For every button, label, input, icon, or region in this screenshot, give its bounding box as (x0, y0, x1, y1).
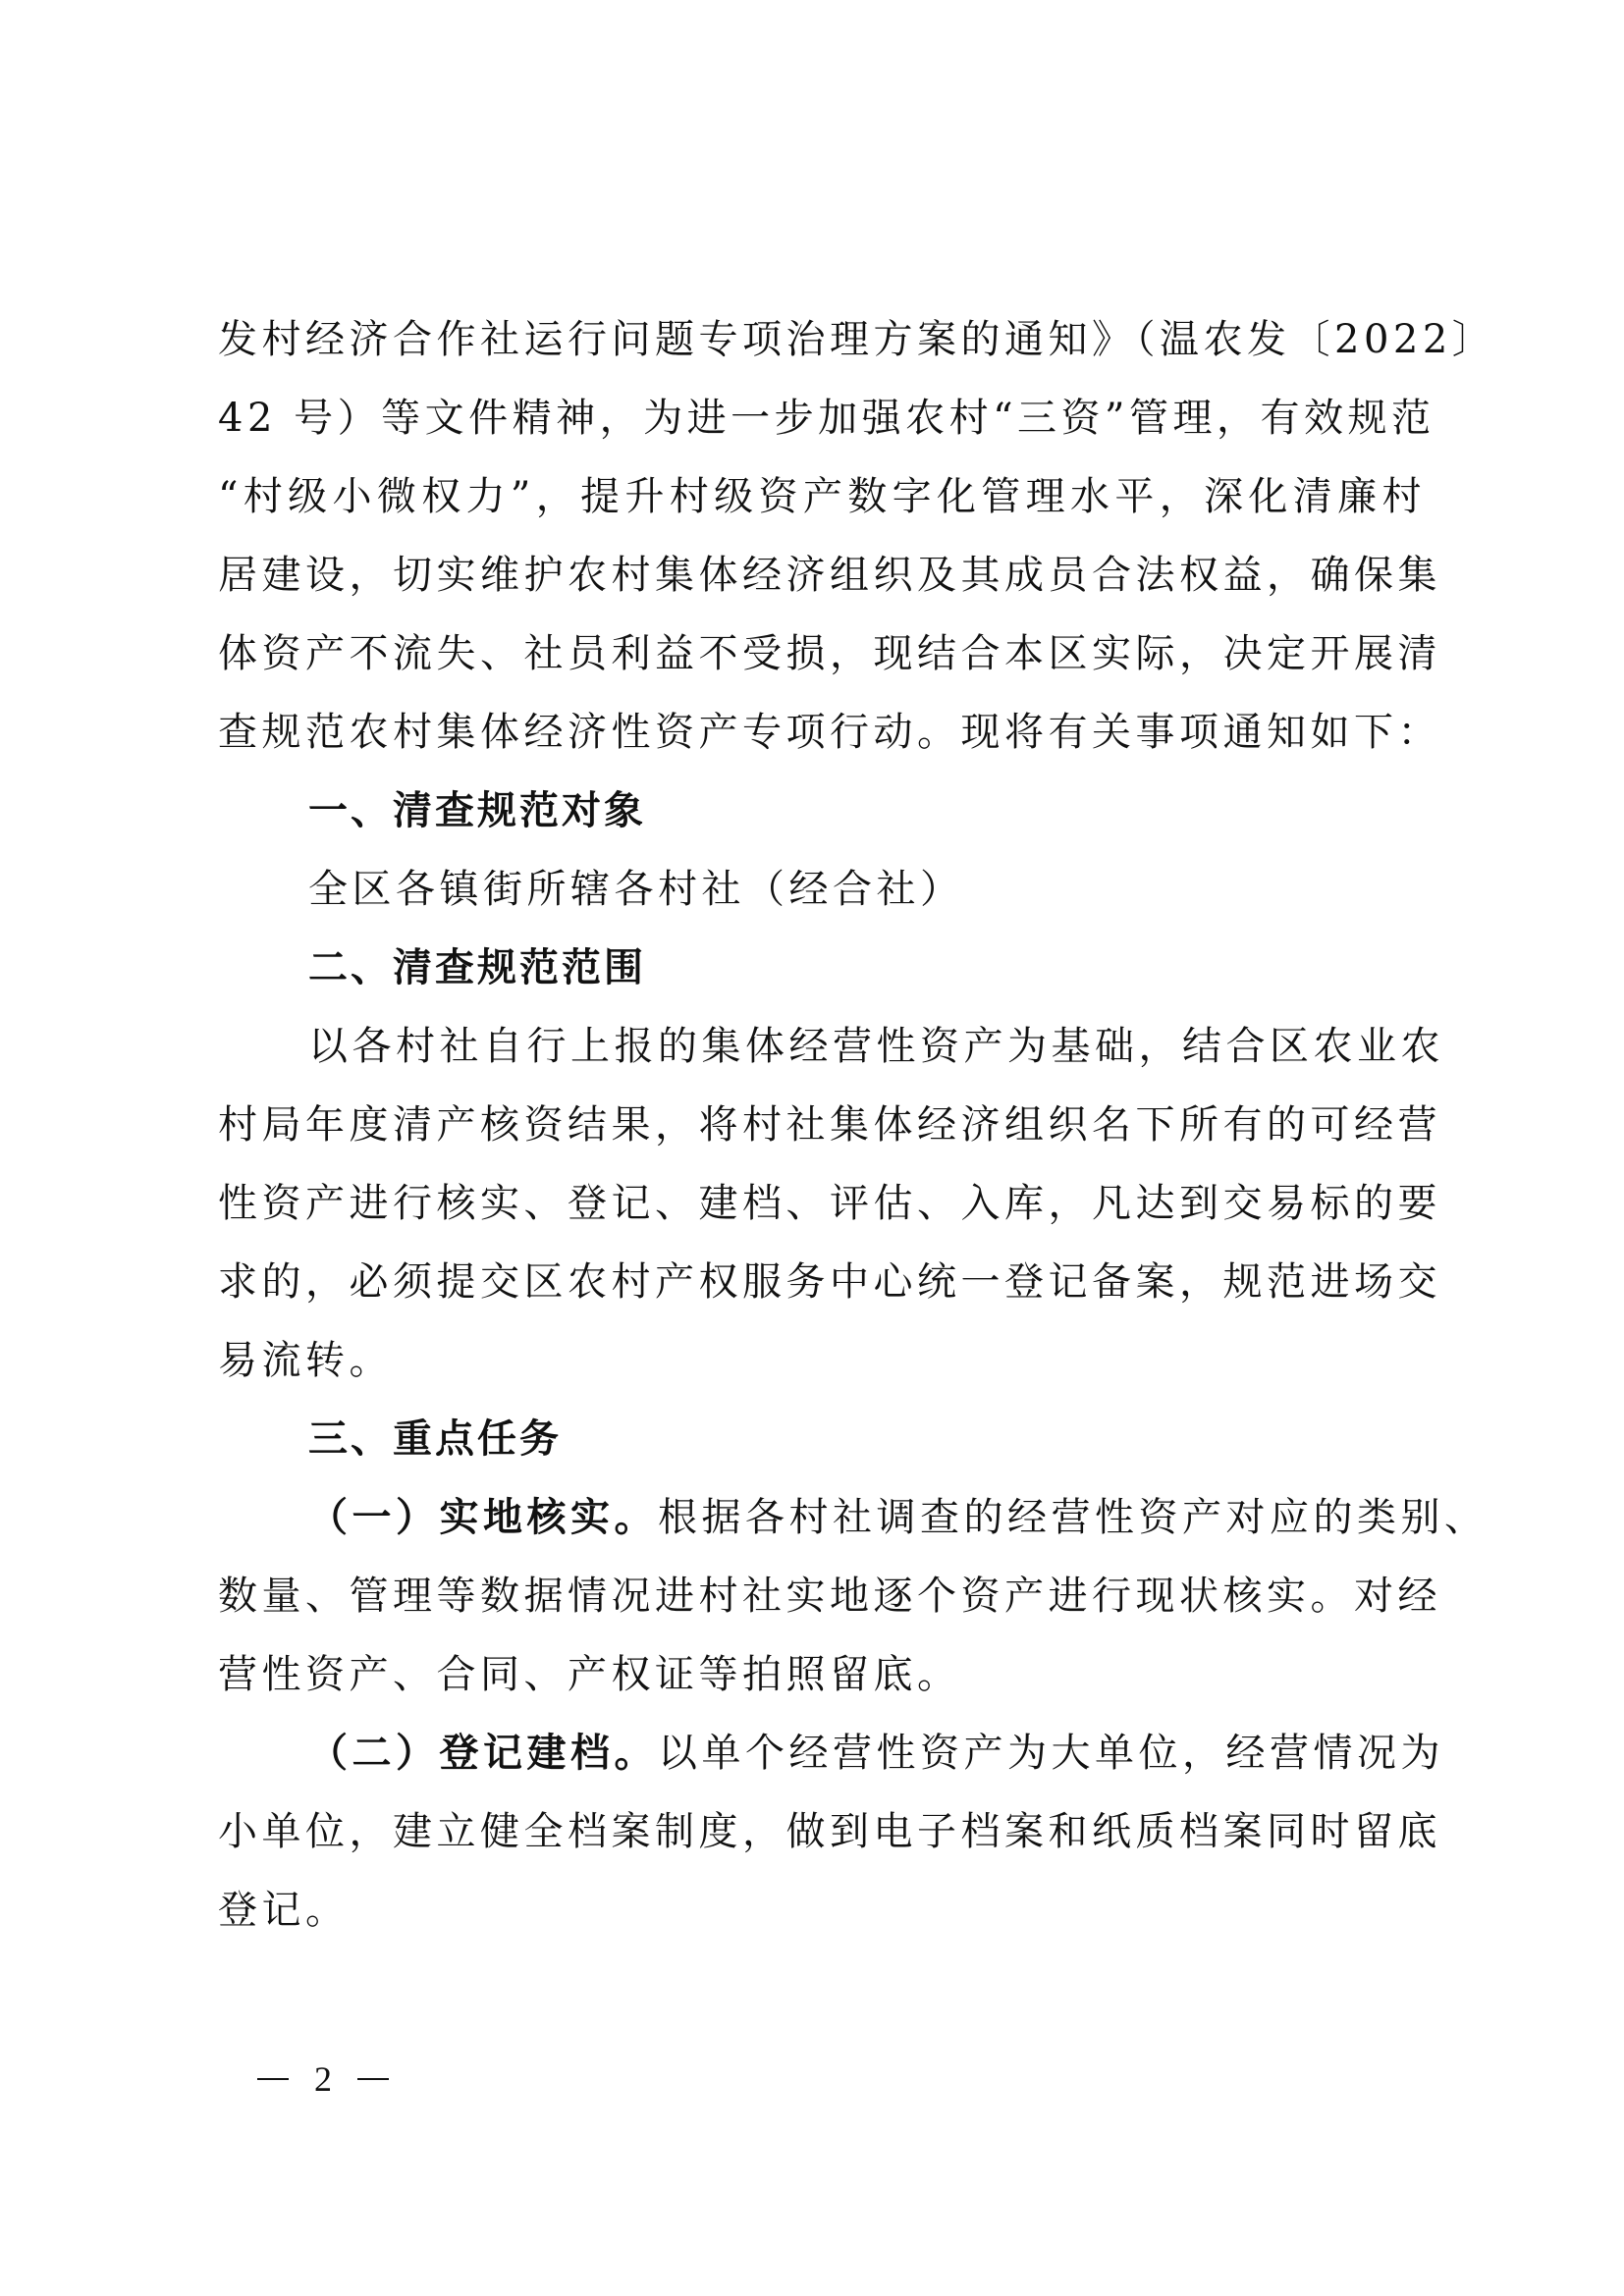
dash-decoration (357, 2078, 389, 2080)
paragraph-line: “村级小微权力”，提升村级资产数字化管理水平，深化清廉村 (218, 457, 1426, 536)
paragraph-line: 数量、管理等数据情况进村社实地逐个资产进行现状核实。对经 (218, 1557, 1426, 1635)
paragraph-line: 易流转。 (218, 1321, 1426, 1400)
subsection-text: 根据各村社调查的经营性资产对应的类别、 (658, 1495, 1489, 1540)
paragraph-line: 体资产不流失、社员利益不受损，现结合本区实际，决定开展清 (218, 614, 1426, 693)
document-page: 发村经济合作社运行问题专项治理方案的通知》（温农发〔2022〕 42 号）等文件… (0, 0, 1624, 2296)
paragraph-line: 性资产进行核实、登记、建档、评估、入库，凡达到交易标的要 (218, 1164, 1426, 1243)
document-body: 发村经济合作社运行问题专项治理方案的通知》（温农发〔2022〕 42 号）等文件… (218, 300, 1426, 1949)
page-number-footer: 2 (257, 2059, 389, 2099)
paragraph-line: 营性资产、合同、产权证等拍照留底。 (218, 1635, 1426, 1714)
subsection-paragraph-2: （二）登记建档。以单个经营性资产为大单位，经营情况为 (218, 1714, 1426, 1792)
section-heading-1: 一、清查规范对象 (218, 772, 1426, 850)
subsection-text: 以单个经营性资产为大单位，经营情况为 (658, 1731, 1444, 1776)
section-heading-2: 二、清查规范范围 (218, 929, 1426, 1007)
paragraph-line: 登记。 (218, 1871, 1426, 1949)
paragraph-line: 求的，必须提交区农村产权服务中心统一登记备案，规范进场交 (218, 1243, 1426, 1321)
dash-decoration (257, 2078, 289, 2080)
page-number: 2 (314, 2059, 332, 2099)
paragraph-line: 发村经济合作社运行问题专项治理方案的通知》（温农发〔2022〕 (218, 300, 1426, 379)
section-heading-3: 三、重点任务 (218, 1400, 1426, 1478)
paragraph-line: 村局年度清产核资结果，将村社集体经济组织名下所有的可经营 (218, 1086, 1426, 1164)
paragraph-line: 以各村社自行上报的集体经营性资产为基础，结合区农业农 (218, 1007, 1426, 1086)
paragraph-line: 查规范农村集体经济性资产专项行动。现将有关事项通知如下： (218, 693, 1426, 772)
subsection-lead-2: （二）登记建档。 (308, 1730, 658, 1776)
subsection-paragraph-1: （一）实地核实。根据各村社调查的经营性资产对应的类别、 (218, 1478, 1426, 1557)
subsection-lead-1: （一）实地核实。 (308, 1494, 658, 1540)
paragraph-line: 小单位，建立健全档案制度，做到电子档案和纸质档案同时留底 (218, 1792, 1426, 1871)
paragraph-line: 居建设，切实维护农村集体经济组织及其成员合法权益，确保集 (218, 536, 1426, 614)
paragraph-line: 全区各镇街所辖各村社（经合社） (218, 850, 1426, 929)
paragraph-line: 42 号）等文件精神，为进一步加强农村“三资”管理，有效规范 (218, 379, 1426, 457)
